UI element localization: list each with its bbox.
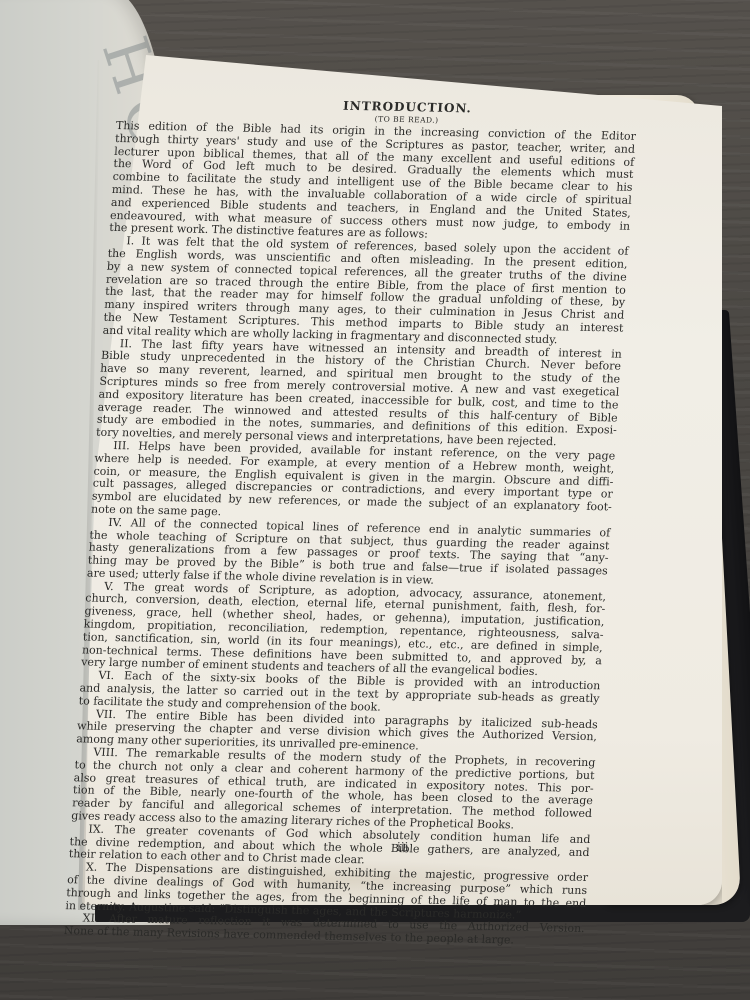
body-text: This edition of the Bible had its origin… bbox=[63, 120, 636, 949]
page-number: iii bbox=[397, 840, 409, 854]
introduction-text: INTRODUCTION. (TO BE READ.) This edition… bbox=[63, 94, 637, 949]
photo-scene: HOLY INTRODUCTION. (TO BE READ.) This ed… bbox=[0, 0, 750, 1000]
